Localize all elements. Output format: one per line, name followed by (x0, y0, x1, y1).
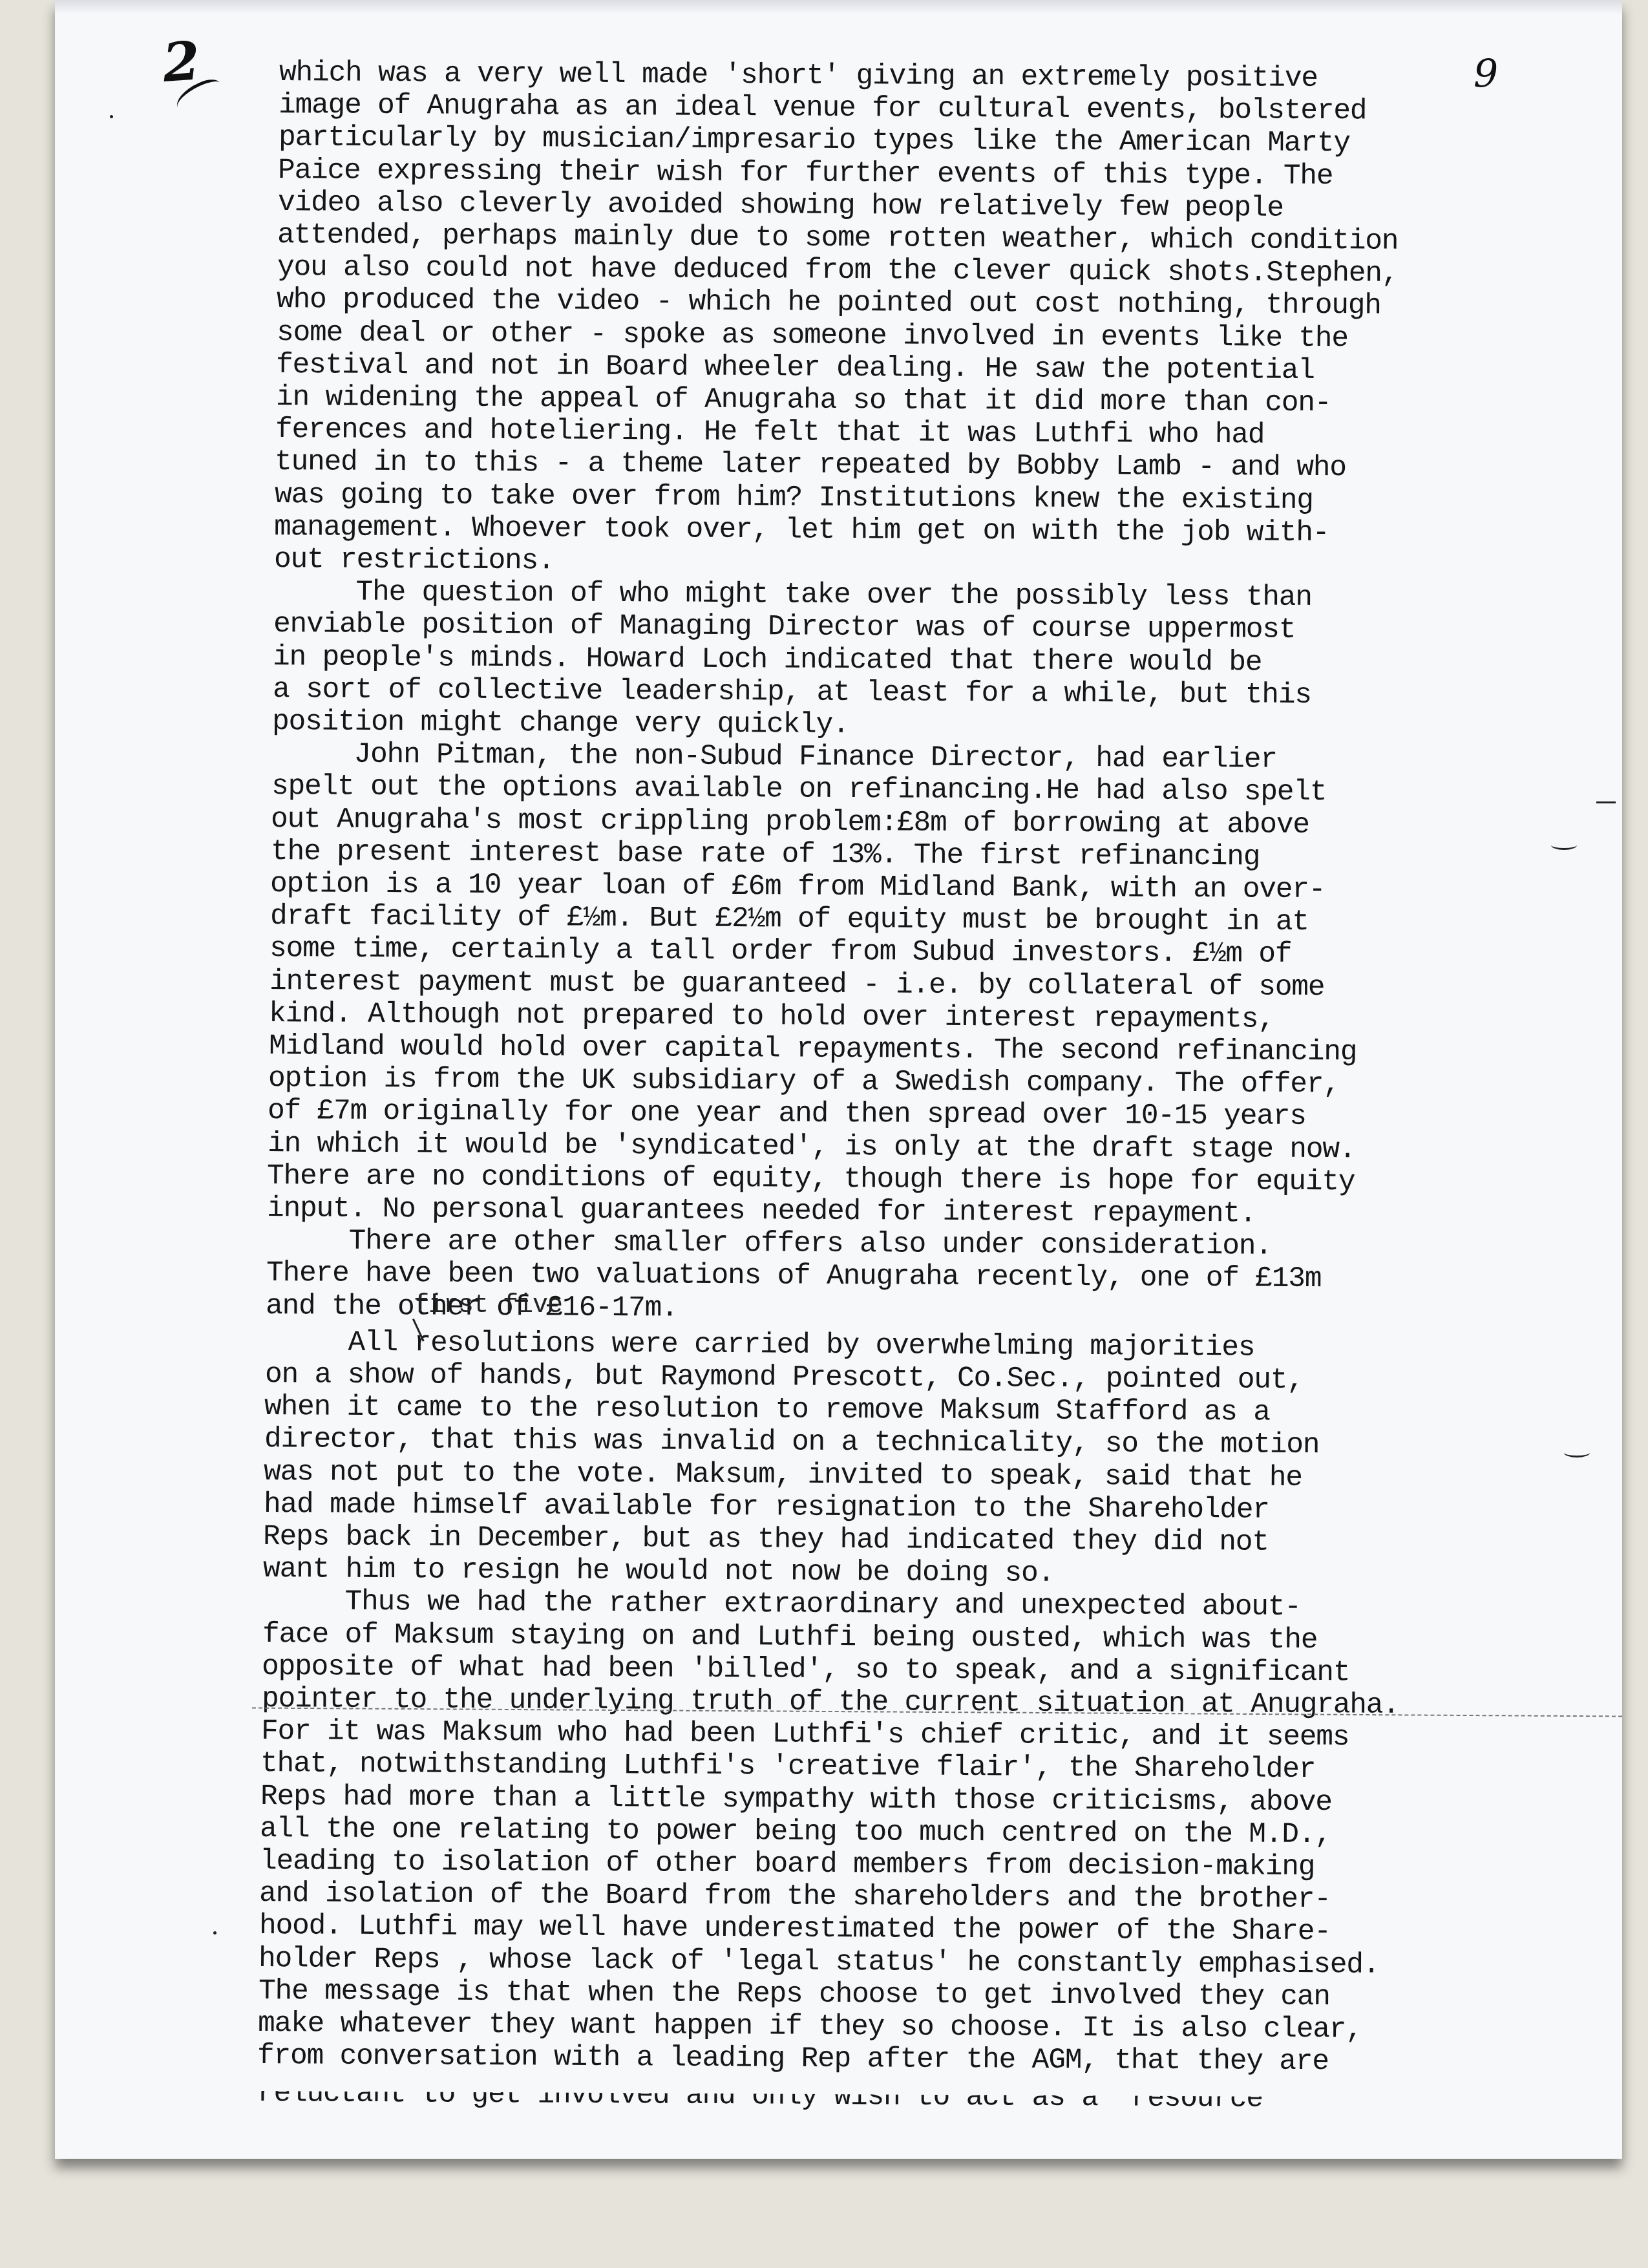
text-line: input. No personal guarantees needed for… (267, 1192, 1256, 1231)
text-line: in people's minds. Howard Loch indicated… (273, 641, 1262, 679)
text-line: The message is that when the Reps choose… (258, 1975, 1329, 2013)
text-line: that, notwithstanding Luthfi's 'creative… (260, 1748, 1316, 1786)
text-line: the present interest base rate of 13%. T… (271, 836, 1260, 874)
text-line: Reps back in December, but as they had i… (263, 1521, 1269, 1559)
text-line: ferences and hoteliering. He felt that i… (275, 414, 1265, 452)
text-line: some deal or other - spoke as someone in… (276, 317, 1347, 355)
margin-tick-mark (1551, 840, 1577, 850)
margin-tick-mark (1564, 1448, 1590, 1457)
text-line: management. Whoever took over, let him g… (274, 511, 1329, 549)
text-line: video also cleverly avoided showing how … (278, 187, 1284, 225)
text-line: who produced the video - which he pointe… (277, 284, 1381, 323)
page-top-shadow (55, 0, 1622, 14)
text-line: was not put to the vote. Maksum, invited… (264, 1456, 1302, 1494)
text-line: in which it would be 'syndicated', is on… (268, 1128, 1356, 1167)
text-line: had made himself available for resignati… (264, 1489, 1269, 1527)
text-line: hood. Luthfi may well have underestimate… (259, 1910, 1331, 1948)
text-line: Thus we had the rather extraordinary and… (262, 1585, 1301, 1624)
text-line: some time, certainly a tall order from S… (269, 933, 1292, 971)
handwritten-corner-mark: 9 (1474, 52, 1498, 97)
ink-speck (213, 1931, 217, 1934)
text-line: director, that this was invalid on a tec… (264, 1423, 1320, 1461)
text-line: when it came to the resolution to remove… (264, 1391, 1270, 1429)
text-line: all the one relating to power being too … (260, 1813, 1331, 1851)
ink-speck (1596, 801, 1616, 803)
text-line: enviable position of Managing Director w… (273, 608, 1296, 646)
text-line: out restrictions. (274, 544, 555, 578)
text-line: Reps had more than a little sympathy wit… (260, 1781, 1332, 1819)
text-line: There have been two valuations of Anugra… (266, 1257, 1322, 1295)
text-line: position might change very quickly. (272, 706, 849, 741)
text-line: was going to take over from him? Institu… (275, 479, 1313, 517)
text-line: festival and not in Board wheeler dealin… (276, 349, 1315, 387)
text-line: kind. Although not prepared to hold over… (269, 998, 1274, 1036)
text-line: face of Maksum staying on and Luthfi bei… (262, 1618, 1317, 1657)
text-line: out Anugraha's most crippling problem:£8… (271, 803, 1309, 842)
text-line: want him to resign he would not now be d… (263, 1553, 1054, 1590)
text-line: Paice expressing their wish for further … (278, 154, 1333, 193)
text-line: of £7m originally for one year and then … (268, 1095, 1306, 1133)
text-line: tuned in to this - a theme later repeate… (275, 446, 1346, 484)
handwritten-insertion: first five (414, 1291, 562, 1320)
text-line: There are other smaller offers also unde… (266, 1225, 1272, 1263)
text-line: John Pitman, the non-Subud Finance Direc… (271, 738, 1277, 776)
text-line: a sort of collective leadership, at leas… (272, 673, 1311, 712)
text-line: spelt out the options available on refin… (271, 770, 1327, 809)
text-line: from conversation with a leading Rep aft… (257, 2040, 1329, 2078)
text-line: particularly by musician/impresario type… (279, 122, 1350, 160)
text-line: on a show of hands, but Raymond Prescott… (265, 1359, 1304, 1397)
text-line: interest payment must be guaranteed - i.… (269, 966, 1324, 1004)
text-line: which was a very well made 'short' givin… (279, 57, 1318, 95)
text-line: All resolutions were carried by overwhel… (265, 1326, 1254, 1364)
ink-speck (110, 115, 113, 118)
